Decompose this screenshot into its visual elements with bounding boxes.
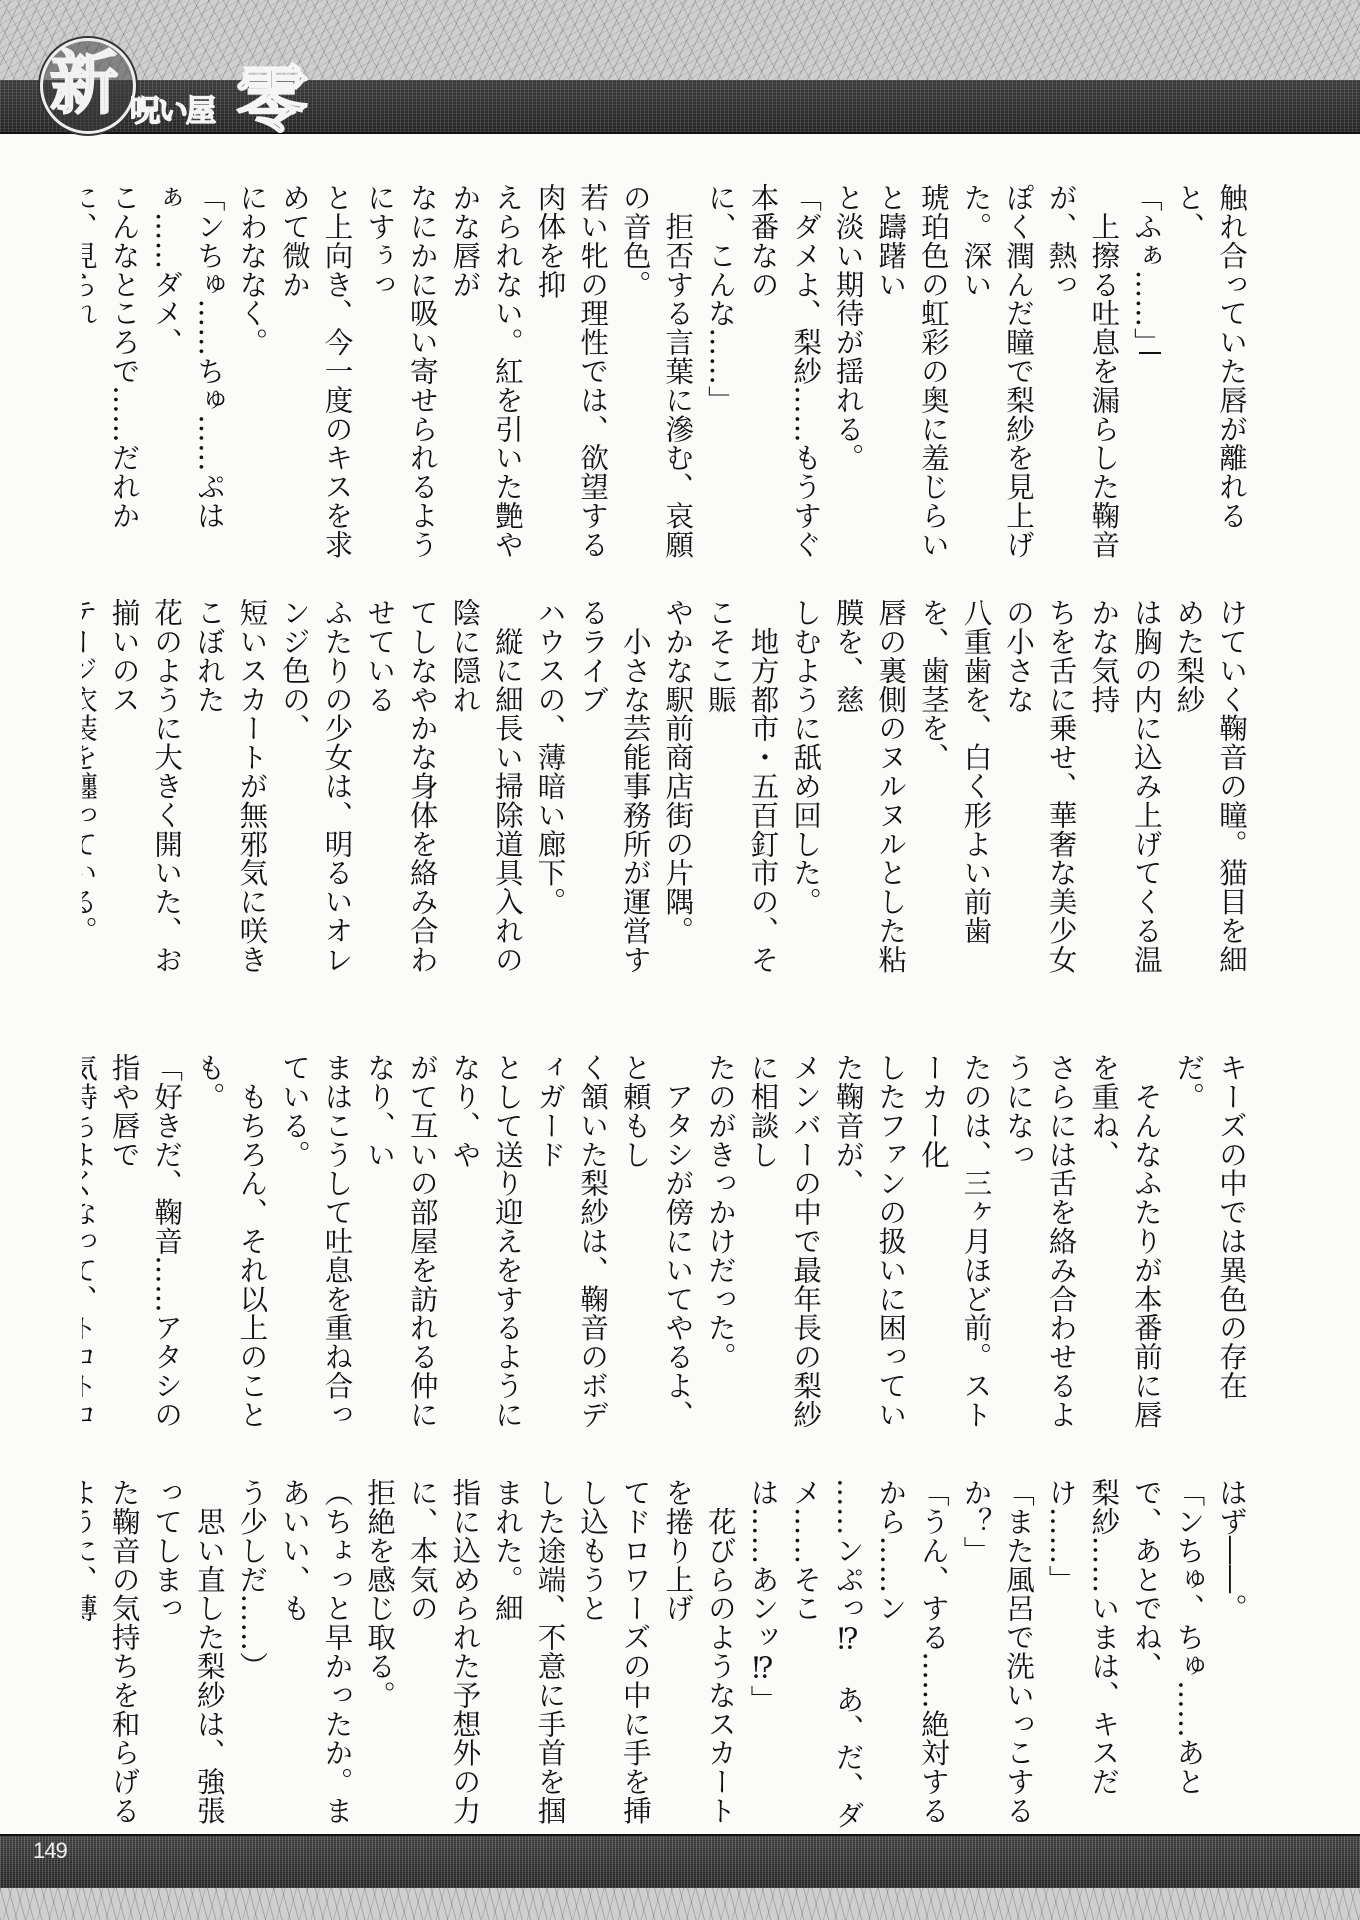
text-line: 触れ合っていた唇が離れると、: [1167, 183, 1252, 563]
text-line: う少しだ……）: [230, 1478, 273, 1838]
text-line: 「うん、する……絶対するから……ン: [869, 1478, 954, 1838]
text-line: てしなやかな身体を絡み合わせている: [358, 598, 443, 988]
text-line: こんなところで……だれかに、見られ: [82, 183, 145, 563]
text-line: メンバーの中で最年長の梨紗に相談し: [741, 1053, 826, 1443]
text-line: 気持ちよくなって、トロトロに蕩けて: [82, 1053, 102, 1443]
text-line: は胸の内に込み上げてくる温かな気持: [1082, 598, 1167, 988]
text-line: 「ンちゅ、ちゅ……あとで、あとでね、: [1124, 1478, 1209, 1838]
text-line: けていく鞠音の瞳。猫目を細めた梨紗: [1167, 598, 1252, 988]
text-line: さらには舌を絡み合わせるようになっ: [996, 1053, 1081, 1443]
text-line: 「ンちゅ……ちゅ……ぷはぁ……ダメ、: [145, 183, 230, 563]
text-line: やかな駅前商店街の片隅。: [656, 598, 699, 988]
text-line: 「好きだ、鞠音……アタシの指や唇で: [102, 1053, 187, 1443]
text-line: した途端、不意に手首を掴まれた。細: [485, 1478, 570, 1838]
text-line: はず――。: [1209, 1478, 1252, 1838]
text-line: キーズの中では異色の存在だ。: [1167, 1053, 1252, 1443]
text-line: 縦に細長い掃除道具入れの陰に隠れ: [443, 598, 528, 988]
text-block-1: 触れ合っていた唇が離れると、「ふぁ……」 上擦る吐息を漏らした鞠音が、熱っぽく潤…: [82, 183, 1252, 563]
text-line: は……あンッ⁉」: [741, 1478, 784, 1838]
text-line: 唇の裏側のヌルヌルとした粘膜を、慈: [826, 598, 911, 988]
text-line: 上擦る吐息を漏らした鞠音が、熱っ: [1039, 183, 1124, 563]
series-logo: 新 呪い屋 零: [40, 36, 310, 136]
text-line: したファンの扱いに困っていた鞠音が、: [826, 1053, 911, 1443]
logo-title: 呪い屋: [130, 86, 214, 130]
text-line: ぽく潤んだ瞳で梨紗を見上げた。深い: [954, 183, 1039, 563]
text-line: えられない。紅を引いた艶やかな唇が: [443, 183, 528, 563]
text-line: たのがきっかけだった。: [698, 1053, 741, 1443]
text-block-4: はず――。「ンちゅ、ちゅ……あとで、あとでね、梨紗……いまは、キスだけ……」「ま…: [82, 1478, 1252, 1838]
text-line: く頷いた梨紗は、鞠音のボディガード: [528, 1053, 613, 1443]
text-line: 短いスカートが無邪気に咲きこぼれた: [187, 598, 272, 988]
text-line: 地方都市・五百釘市の、そこそこ賑: [698, 598, 783, 988]
text-block-3: キーズの中では異色の存在だ。 そんなふたりが本番前に唇を重ね、さらには舌を絡み合…: [82, 1053, 1252, 1443]
text-line: 拒否する言葉に滲む、哀願の音色。: [613, 183, 698, 563]
text-line: 拒絶を感じ取る。: [358, 1478, 401, 1838]
footer-texture: [0, 1888, 1360, 1920]
logo-char-shin: 新: [50, 44, 118, 124]
text-line: に、こんな……」: [698, 183, 741, 563]
text-line: がて互いの部屋を訪れる仲になり、い: [358, 1053, 443, 1443]
text-line: 「ふぁ……」: [1124, 183, 1167, 563]
text-line: もちろん、それ以上のことも。: [187, 1053, 272, 1443]
text-line: 指に込められた予想外の力に、本気の: [400, 1478, 485, 1838]
text-line: ちを舌に乗せ、華奢な美少女の小さな: [996, 598, 1081, 988]
text-line: にわななく。: [230, 183, 273, 563]
logo-char-zero: 零: [236, 58, 308, 142]
text-line: まはこうして吐息を重ね合っている。: [272, 1053, 357, 1443]
text-line: 梨紗……いまは、キスだけ……」: [1039, 1478, 1124, 1838]
text-line: 「ダメよ、梨紗……もうすぐ本番なの: [741, 183, 826, 563]
text-line: 思い直した梨紗は、強張ってしまっ: [145, 1478, 230, 1838]
text-line: そんなふたりが本番前に唇を重ね、: [1082, 1053, 1167, 1443]
footer-band: [0, 1834, 1360, 1890]
text-line: ハウスの、薄暗い廊下。: [528, 598, 571, 988]
text-line: た鞠音の気持ちを和らげるように、薄: [82, 1478, 145, 1838]
text-line: 琥珀色の虹彩の奥に羞じらいと躊躇い: [869, 183, 954, 563]
text-line: 八重歯を、白く形よい前歯を、歯茎を、: [911, 598, 996, 988]
text-line: 若い牝の理性では、欲望する肉体を抑: [528, 183, 613, 563]
text-line: なにかに吸い寄せられるようにすぅっ: [358, 183, 443, 563]
text-line: テージ衣装を纏っている。: [82, 598, 102, 988]
text-line: ……ンぷっ⁉ あ、だ、ダメ……そこ: [783, 1478, 868, 1838]
text-line: 「また風呂で洗いっこするか？」: [954, 1478, 1039, 1838]
text-line: 花のように大きく開いた、お揃いのス: [102, 598, 187, 988]
text-line: として送り迎えをするようになり、や: [443, 1053, 528, 1443]
page-number: 149: [33, 1838, 67, 1864]
text-line: アタシが傍にいてやるよ、と頼もし: [613, 1053, 698, 1443]
text-line: しむように舐め回した。: [783, 598, 826, 988]
text-line: と上向き、今一度のキスを求めて微か: [272, 183, 357, 563]
text-line: たのは、三ヶ月ほど前。ストーカー化: [911, 1053, 996, 1443]
text-line: と淡い期待が揺れる。: [826, 183, 869, 563]
text-line: てドロワーズの中に手を挿し込もうと: [571, 1478, 656, 1838]
text-line: 小さな芸能事務所が運営するライブ: [571, 598, 656, 988]
text-line: ふたりの少女は、明るいオレンジ色の、: [272, 598, 357, 988]
text-line: 花びらのようなスカートを捲り上げ: [656, 1478, 741, 1838]
text-block-2: けていく鞠音の瞳。猫目を細めた梨紗は胸の内に込み上げてくる温かな気持ちを舌に乗せ…: [82, 598, 1252, 988]
text-line: （ちょっと早かったか。まあいい、も: [272, 1478, 357, 1838]
